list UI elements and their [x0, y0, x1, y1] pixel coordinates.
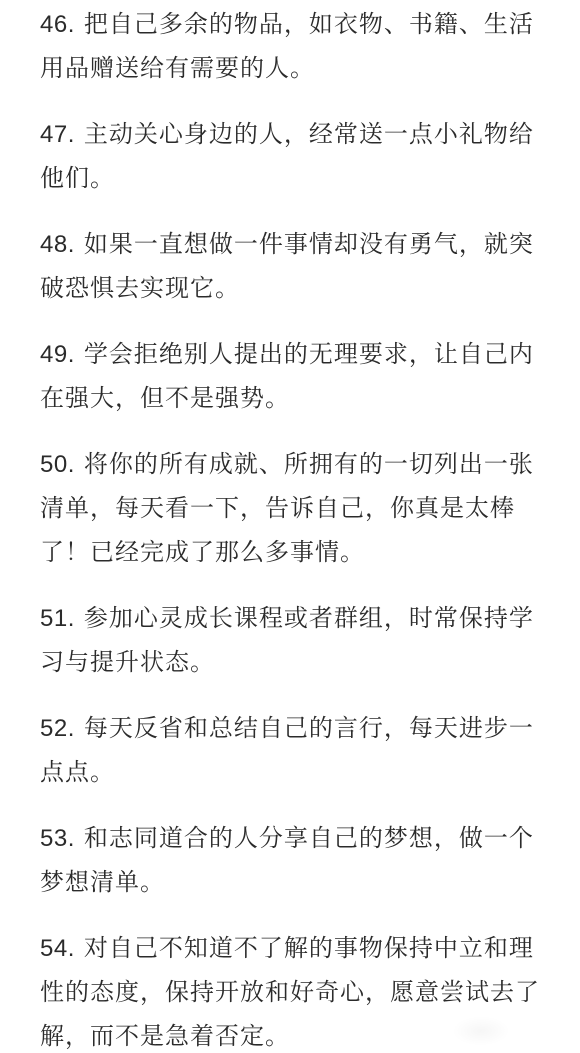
item-text: 学会拒绝别人提出的无理要求，让自己内在强大，但不是强势。: [40, 341, 534, 412]
list-item: 54.对自己不知道不了解的事物保持中立和理性的态度，保持开放和好奇心，愿意尝试去…: [40, 927, 542, 1053]
list-item: 49.学会拒绝别人提出的无理要求，让自己内在强大，但不是强势。: [40, 333, 542, 421]
item-number: 52.: [40, 715, 75, 742]
list-item: 48.如果一直想做一件事情却没有勇气，就突破恐惧去实现它。: [40, 223, 542, 311]
text-list-page: 46.把自己多余的物品，如衣物、书籍、生活用品赠送给有需要的人。 47.主动关心…: [0, 0, 580, 1053]
item-text: 将你的所有成就、所拥有的一切列出一张清单，每天看一下，告诉自己，你真是太棒了！已…: [40, 451, 534, 566]
item-number: 54.: [40, 935, 75, 962]
item-number: 50.: [40, 451, 75, 478]
list-item: 53.和志同道合的人分享自己的梦想，做一个梦想清单。: [40, 817, 542, 905]
item-text: 对自己不知道不了解的事物保持中立和理性的态度，保持开放和好奇心，愿意尝试去了解，…: [40, 935, 540, 1050]
item-text: 和志同道合的人分享自己的梦想，做一个梦想清单。: [40, 825, 534, 896]
list-item: 51.参加心灵成长课程或者群组，时常保持学习与提升状态。: [40, 597, 542, 685]
list-item: 52.每天反省和总结自己的言行，每天进步一点点。: [40, 707, 542, 795]
item-number: 53.: [40, 825, 75, 852]
item-number: 51.: [40, 605, 75, 632]
list-item: 50.将你的所有成就、所拥有的一切列出一张清单，每天看一下，告诉自己，你真是太棒…: [40, 443, 542, 575]
item-number: 48.: [40, 231, 75, 258]
item-text: 参加心灵成长课程或者群组，时常保持学习与提升状态。: [40, 605, 534, 676]
list-item: 47.主动关心身边的人，经常送一点小礼物给他们。: [40, 113, 542, 201]
item-number: 46.: [40, 11, 75, 38]
item-number: 47.: [40, 121, 75, 148]
item-text: 把自己多余的物品，如衣物、书籍、生活用品赠送给有需要的人。: [40, 11, 534, 82]
item-text: 每天反省和总结自己的言行，每天进步一点点。: [40, 715, 534, 786]
item-number: 49.: [40, 341, 75, 368]
list-item: 46.把自己多余的物品，如衣物、书籍、生活用品赠送给有需要的人。: [40, 3, 542, 91]
item-text: 如果一直想做一件事情却没有勇气，就突破恐惧去实现它。: [40, 231, 534, 302]
item-text: 主动关心身边的人，经常送一点小礼物给他们。: [40, 121, 534, 192]
